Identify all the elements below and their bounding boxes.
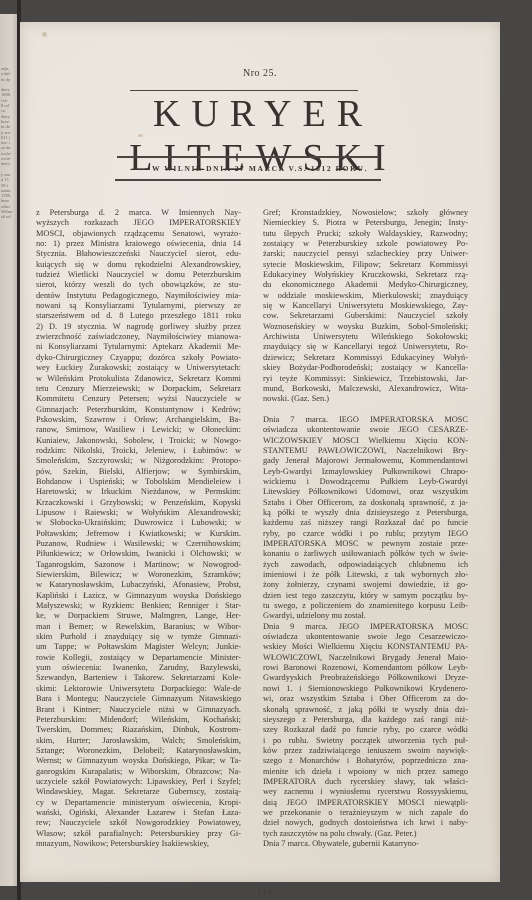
text-line: Wernst; w Gimnazyum woyska Dońskiego, Pi… [36,756,241,766]
text-line: Krzaczkowski i Grzybowski; w Penzeńskim,… [36,498,241,508]
paragraph-gap [263,405,468,415]
text-line: cy w Departamencie ministeryum oświeceni… [36,798,241,808]
text-line: Kuniaiew, Jakonowski, Sobolew, i Troicki… [36,436,241,446]
text-line: Gimnazjach: Peterzburskim, Konstantynow … [36,405,241,415]
text-line: Sztange; Woronezkim, Delobeil; Katarynos… [36,746,241,756]
dateline-top-rule [117,156,379,158]
text-line: kuiących się w domu rękodzielni Alexandr… [36,260,241,270]
text-line: Smoleńskim, Szczyrowski; w Niżgorodzkim:… [36,456,241,466]
text-line: rowie Kollegii, zostaiący w Departamenci… [36,653,241,663]
text-line: wyższych rozkazach JEGO IMPERATORSKIEY [36,218,241,228]
text-line: Haretowski; w Irkuckim Nieżdanow, w Perm… [36,487,241,497]
text-line: wickiemu i Dowodzącemu Pułkiem Leyb-Gwar… [263,477,468,487]
text-line: sierot, którzy weszli do tych obowiązków… [36,280,241,290]
text-line: oświadcza ukontentowanie swoie JEGO CESA… [263,425,468,435]
previous-page-fragment: sk od [1,214,16,219]
text-line: sytecie Moskiewskim, Filipow; Sekretarz … [263,260,468,270]
text-line: Połtawskim; Jefremow i Kwiatkowski; w Ku… [36,529,241,539]
text-line: rew; Nauczyciele szkół Nowgorodzkiey Pow… [36,818,241,828]
newspaper-page: Nro 25. KURYER LITEWSKI W WILNIE DNIA 27… [20,22,500,882]
text-line: się w Kancellaryi Uniwersytetu Moskiewsk… [263,301,468,311]
text-line: znayduiący się w Kancellaryi tegoż Uniwe… [263,342,468,352]
text-line: ryi teyże Kommissyi: Sinkiewicz, Trzebis… [263,374,468,384]
text-line: cow. Sekretarzami Guberskimi: Nauczyciel… [263,311,468,321]
text-line: Peterzburskim: Midendorf; Wileńskim, Koc… [36,715,241,725]
text-line: wi, oraz wszystkim Sztaba i Ober Officer… [263,694,468,704]
text-line: tutu ślepych Prucki; szkoły Waldayskiey,… [263,229,468,239]
text-line: skimi: Lektorowie Uniwersytetu Dorpackie… [36,684,241,694]
text-line: skim Purhold i znayduiący się w tymże Gi… [36,632,241,642]
text-line: wański, Ogiński, Alexander Łazarew i Ste… [36,808,241,818]
text-line: Bara i Montegu; Nauczyciele Gimnazyum Ni… [36,694,241,704]
paper-stain [42,32,47,37]
text-line: skim, Hurter; Jarosławskim, Walch; Smole… [36,736,241,746]
text-line: zostaiący w Peterzburskiey szkole powiat… [263,239,468,249]
text-line: ganrogskim Kurapalatis; w Wiborskim, Obr… [36,767,241,777]
text-line: um Tappe; w Połtawskim Magister Welcyn; … [36,642,241,652]
text-line: Sztabs i Ober Officerom, za doskonałą sp… [263,498,468,508]
issue-number: Nro 25. [20,68,500,79]
text-line: Archiwista Uniwersytetu Wileńskiego Soko… [263,332,468,342]
masthead-top-rule [130,90,358,91]
text-line: Taganrogskim, Sazonow i Martinow; w Nowo… [36,560,241,570]
text-line: dyko-Chirurgiczney Czyappu; dozórca szko… [36,353,241,363]
previous-page-text-fragments: zeja,a dal-m dydney1800,i te-8 odcz.dney… [1,66,16,220]
text-line: nowski. (Gaz. Sen.) [263,394,468,404]
text-line: konaniu o żarliwych usiłowaniach półków … [263,549,468,559]
text-line: no: 1) przez Ministra kraiowego oświecen… [36,239,241,249]
text-line: rodzkim: Nikolski, Troicki, Jeleniew, i … [36,446,241,456]
text-line: w oddziale moskiewskim, Mierkulowski; zn… [263,291,468,301]
text-line: żarski; nauczyciel pensyi szlacheckiey p… [263,249,468,259]
text-line: 2) D. 19 stycznia. W nagrodę gorliwey sł… [36,322,241,332]
dateline-bottom-rule [115,179,381,181]
text-line: skonałą sprawność, z jaką półki te wyszł… [263,705,468,715]
text-line: ryby, po czarce wódki i po rublu; przyty… [263,529,468,539]
text-line: każdemu zaś niższey rangi Rozkazał dać p… [263,518,468,528]
text-line: w Wileńskim Protokulista Zdanowicz, Sekr… [36,374,241,384]
text-line: dzien iest tego zaszczytu, który w samym… [263,591,468,601]
text-line: dziewicz; Sekretarz Kommissyi Edukacyine… [263,353,468,363]
text-line: Piłunkiewicz; w Orłowskim, Iwanicki i Ol… [36,549,241,559]
text-line: tetu Cenzury Mierzeiewski; w Dorpackim, … [36,384,241,394]
page-marker: ) 1 ( [258,887,271,896]
text-line: Lipusow i Raiewski; w Wołyńskim Alexandr… [36,508,241,518]
text-line: mnazyum, Nowikow; Petersburskiey Isakiie… [36,839,241,849]
text-line: tych zaszczytów na polu chwały. (Gaz. Pe… [263,829,468,839]
text-line: żych zawodach, odpowiadaiących chlubnemu… [263,560,468,570]
text-line: oświadcza ukontentowanie swoie Jego Cesa… [263,632,468,642]
text-line: mund, Borkowski, Malczewski, Alexandrowi… [263,384,468,394]
text-line: Bohdanow i Uspieński; w Tobolskim Mendie… [36,477,241,487]
text-line: du ekonomicznego Akademii Medyko-Chirurg… [263,280,468,290]
text-line: nowi 1. i Siemionowskiego Pułkownikowi K… [263,684,468,694]
text-line: szego z Monarchów i Bohatyrów, poprzedni… [263,756,468,766]
text-line: Windawskiey, Magat. Sekretarze Gubernscy… [36,787,241,797]
text-line: IMPERATORSKA MOSC w pewnym zostaie prze- [263,539,468,549]
text-line: starszeństwem od d. 8 Lutego przeszłego … [36,311,241,321]
text-line: dentów Instytutu Pedagogicznego, Naymiło… [36,291,241,301]
text-line: ranow, Smirnow, Wasiliew i Lewicki; w Oł… [36,425,241,435]
text-line: Siewierskim, Bilewicz; w Woronezkim, Szr… [36,570,241,580]
text-line: żony żołnierzy, czynami swojemi dowiedzi… [263,580,468,590]
text-line: Edukacyiney Wołyńskiey Kruczkowski, Sekr… [263,270,468,280]
text-line: nowani są Konsyliarzami Tytularnymi, pie… [36,301,241,311]
text-line: MOSCI, objawionych rządzącemu Senatowi, … [36,229,241,239]
text-line: gady Jenerał Majorowi Jermałowemu, Komme… [263,456,468,466]
text-line: WŁOWICZOWI, Naczelnikowi Brygady Jenerał… [263,653,468,663]
text-line: uczyciele szkół Powiatowych: Lipawskiey,… [36,777,241,787]
text-line: we przekonanie o teraźnieyszym w nich za… [263,808,468,818]
text-line: ke, w Dorpackiem Struwe, Malmgren, Lange… [36,611,241,621]
text-line: wey zacnemu i wyniosłemu rycerstwu Rossy… [263,787,468,797]
text-line: szey Rozkazał dadź po funcie ryby, po cz… [263,725,468,735]
text-line: tu swego, z policzeniem do znamienitego … [263,601,468,611]
left-text-column: z Petersburga d. 2 marca. W Imiennych Na… [36,208,241,849]
text-line: pów, Szekin, Bielski, Alfierjow; w Symbi… [36,467,241,477]
text-line: Woznoseńskiey w woysku Buzkim, Sobol-Smo… [263,322,468,332]
text-line: man i Bemer; w Rewelskim, Baranius; w Wi… [36,622,241,632]
text-line: Leyb-Gwardyi Izmaylowskiey Pułkownikowi … [263,467,468,477]
text-line: daią JEGO IMPERATORSKIEY MOSCI niewątpli… [263,798,468,808]
text-line: rowi Baronowi Rozenowi, Komendantom półk… [263,663,468,673]
text-line: STANTEMU PAWŁOWICZOWI, Naczelnikowi Bry- [263,446,468,456]
text-line: Dnia 7 marca. Obywatele, gubernii Katarr… [263,839,468,849]
text-line: i po rublu. Swietny początek utworzenia … [263,736,468,746]
text-line: mienite ich dzieła i wpoiony w nich prze… [263,767,468,777]
text-line: skiey Bożydar-Podhorodeński; zostaiący w… [263,363,468,373]
text-line: Własow; szkół parafialnych: Petersburski… [36,829,241,839]
text-line: WICZOWSKIEY MOSCI Wielkiemu Xięciu KON- [263,436,468,446]
previous-page-edge: zeja,a dal-m dydney1800,i te-8 odcz.dney… [0,14,17,886]
text-line: Brant i Kintner; Nauczyciele niżsi w Gim… [36,705,241,715]
text-line: sieyszego z Petersburga, dla każdego zaś… [263,715,468,725]
right-text-column: Gref; Kronstadzkiey, Nowosielow; szkoły … [263,208,468,849]
text-line: w Katarynosławskim, Lubaczyński, Afonasi… [36,580,241,590]
text-line: Gwardyi, udzielony mu został. [263,611,468,621]
text-line: ków przez zadziwiaiącego ieniuszem swoim… [263,746,468,756]
text-line: Kapliński i Łazicz, w Gimnazyum woyska D… [36,591,241,601]
text-line: Szewandyn, Barteniew i Takorew. Sekretar… [36,673,241,683]
text-line: Litewskiey Półkownikowi Udomowi, oraz ws… [263,487,468,497]
text-line: ką półki te wyszły dnia dzisieyszego z P… [263,508,468,518]
text-line: w Słobocko-Ukraińskim; Duwrowicz i Lubow… [36,518,241,528]
text-line: Pskowskim, Szawrow i Orłow; Archangielsk… [36,415,241,425]
text-line: tudzież Wietlicki Nauczyciel w domu Pete… [36,270,241,280]
text-line: IMPERATORA duch rycerskiey sławy, tak wł… [263,777,468,787]
text-line: Gwardyyskich Preobrażeńskiego Półkowniko… [263,673,468,683]
text-line: Niemieckiey S. Piotra w Petersburgu, Jen… [263,218,468,228]
text-line: z Petersburga d. 2 marca. W Imiennych Na… [36,208,241,218]
text-line: imieniowi i że półk Litewski, z tak wybo… [263,570,468,580]
text-line: Twerskim, Dommes; Riazańskim, Dinbuk, Ko… [36,725,241,735]
text-line: Małyszewski; w Ryzkiem: Benkien; Rennige… [36,601,241,611]
text-line: wskiey Mości Wielkiemu Xięciu KONSTANTEM… [263,642,468,652]
text-line: Puzanow, Rudniew i Wasilewski; w Czernih… [36,539,241,549]
dateline: W WILNIE DNIA 27 MARCA V.S. 1812 ROKU. [20,164,500,173]
text-line: zwierzchność zaświadczoney, Naymiłościwi… [36,332,241,342]
text-line: ni Konsyliarzami Tytularnymi: Aptekarz A… [36,342,241,352]
text-line: Kommitetu Cenzury Petersen; wyżsi Nauczy… [36,394,241,404]
text-line: dzieł nowych, godnych dostoieństwa ich k… [263,818,468,828]
text-line: Stycznia. Błahowieszczeński Nauczyciel s… [36,249,241,259]
text-line: Dnia 7 marca. IEGO IMPERATORSKA MOSC [263,415,468,425]
text-line: Dnia 9 marca. JEGO IMPERATORSKA MOSC [263,622,468,632]
text-line: Gref; Kronstadzkiey, Nowosielow; szkoły … [263,208,468,218]
text-line: wey Łuckiey Żurakowski; zostaiący w Uniw… [36,363,241,373]
text-line: yum oświecenia: Iwanenko, Zarudny, Bazyl… [36,663,241,673]
